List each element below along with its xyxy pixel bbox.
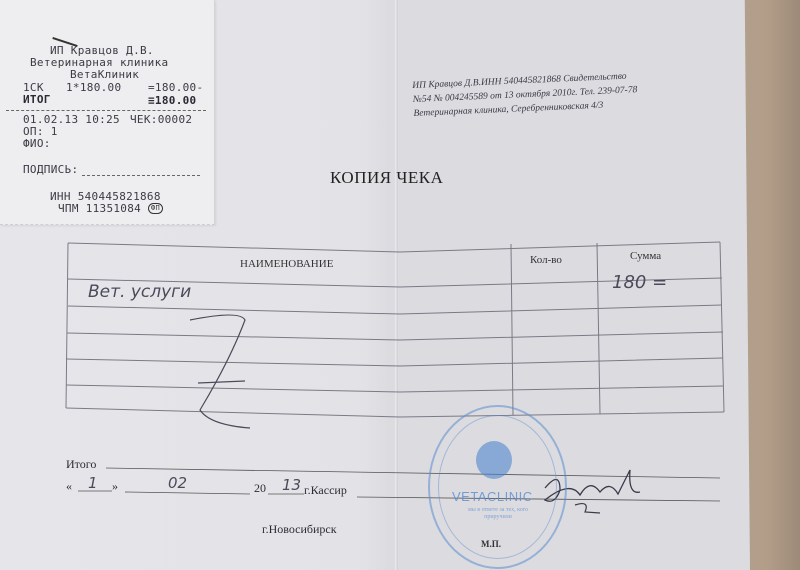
row-1-name: Вет. услуги (88, 282, 191, 302)
city: г.Новосибирск (262, 522, 337, 537)
cashier-label: г.Кассир (304, 483, 347, 498)
day-open-quote: « (66, 479, 72, 494)
day-close-quote: » (112, 479, 118, 494)
stamp-place-mark: М.П. (481, 539, 501, 549)
date-month: 02 (168, 474, 187, 492)
date-year: 13 (282, 476, 301, 494)
total-label: Итого (66, 457, 96, 472)
date-day: 1 (88, 474, 98, 492)
stamp-inner-ring (438, 415, 557, 559)
column-header-sum: Сумма (630, 250, 661, 262)
row-1-sum: 180 = (612, 272, 667, 293)
column-header-qty: Кол-во (530, 254, 562, 266)
stamp-brand: VETACLINIC (452, 489, 533, 504)
clinic-stamp: VETACLINIC мы в ответе за тех, кого прир… (428, 405, 567, 569)
stamp-slogan: мы в ответе за тех, кого приручили (458, 507, 538, 521)
globe-icon (476, 441, 512, 479)
year-prefix: 20 (254, 481, 266, 496)
column-header-name: НАИМЕНОВАНИЕ (240, 258, 333, 270)
